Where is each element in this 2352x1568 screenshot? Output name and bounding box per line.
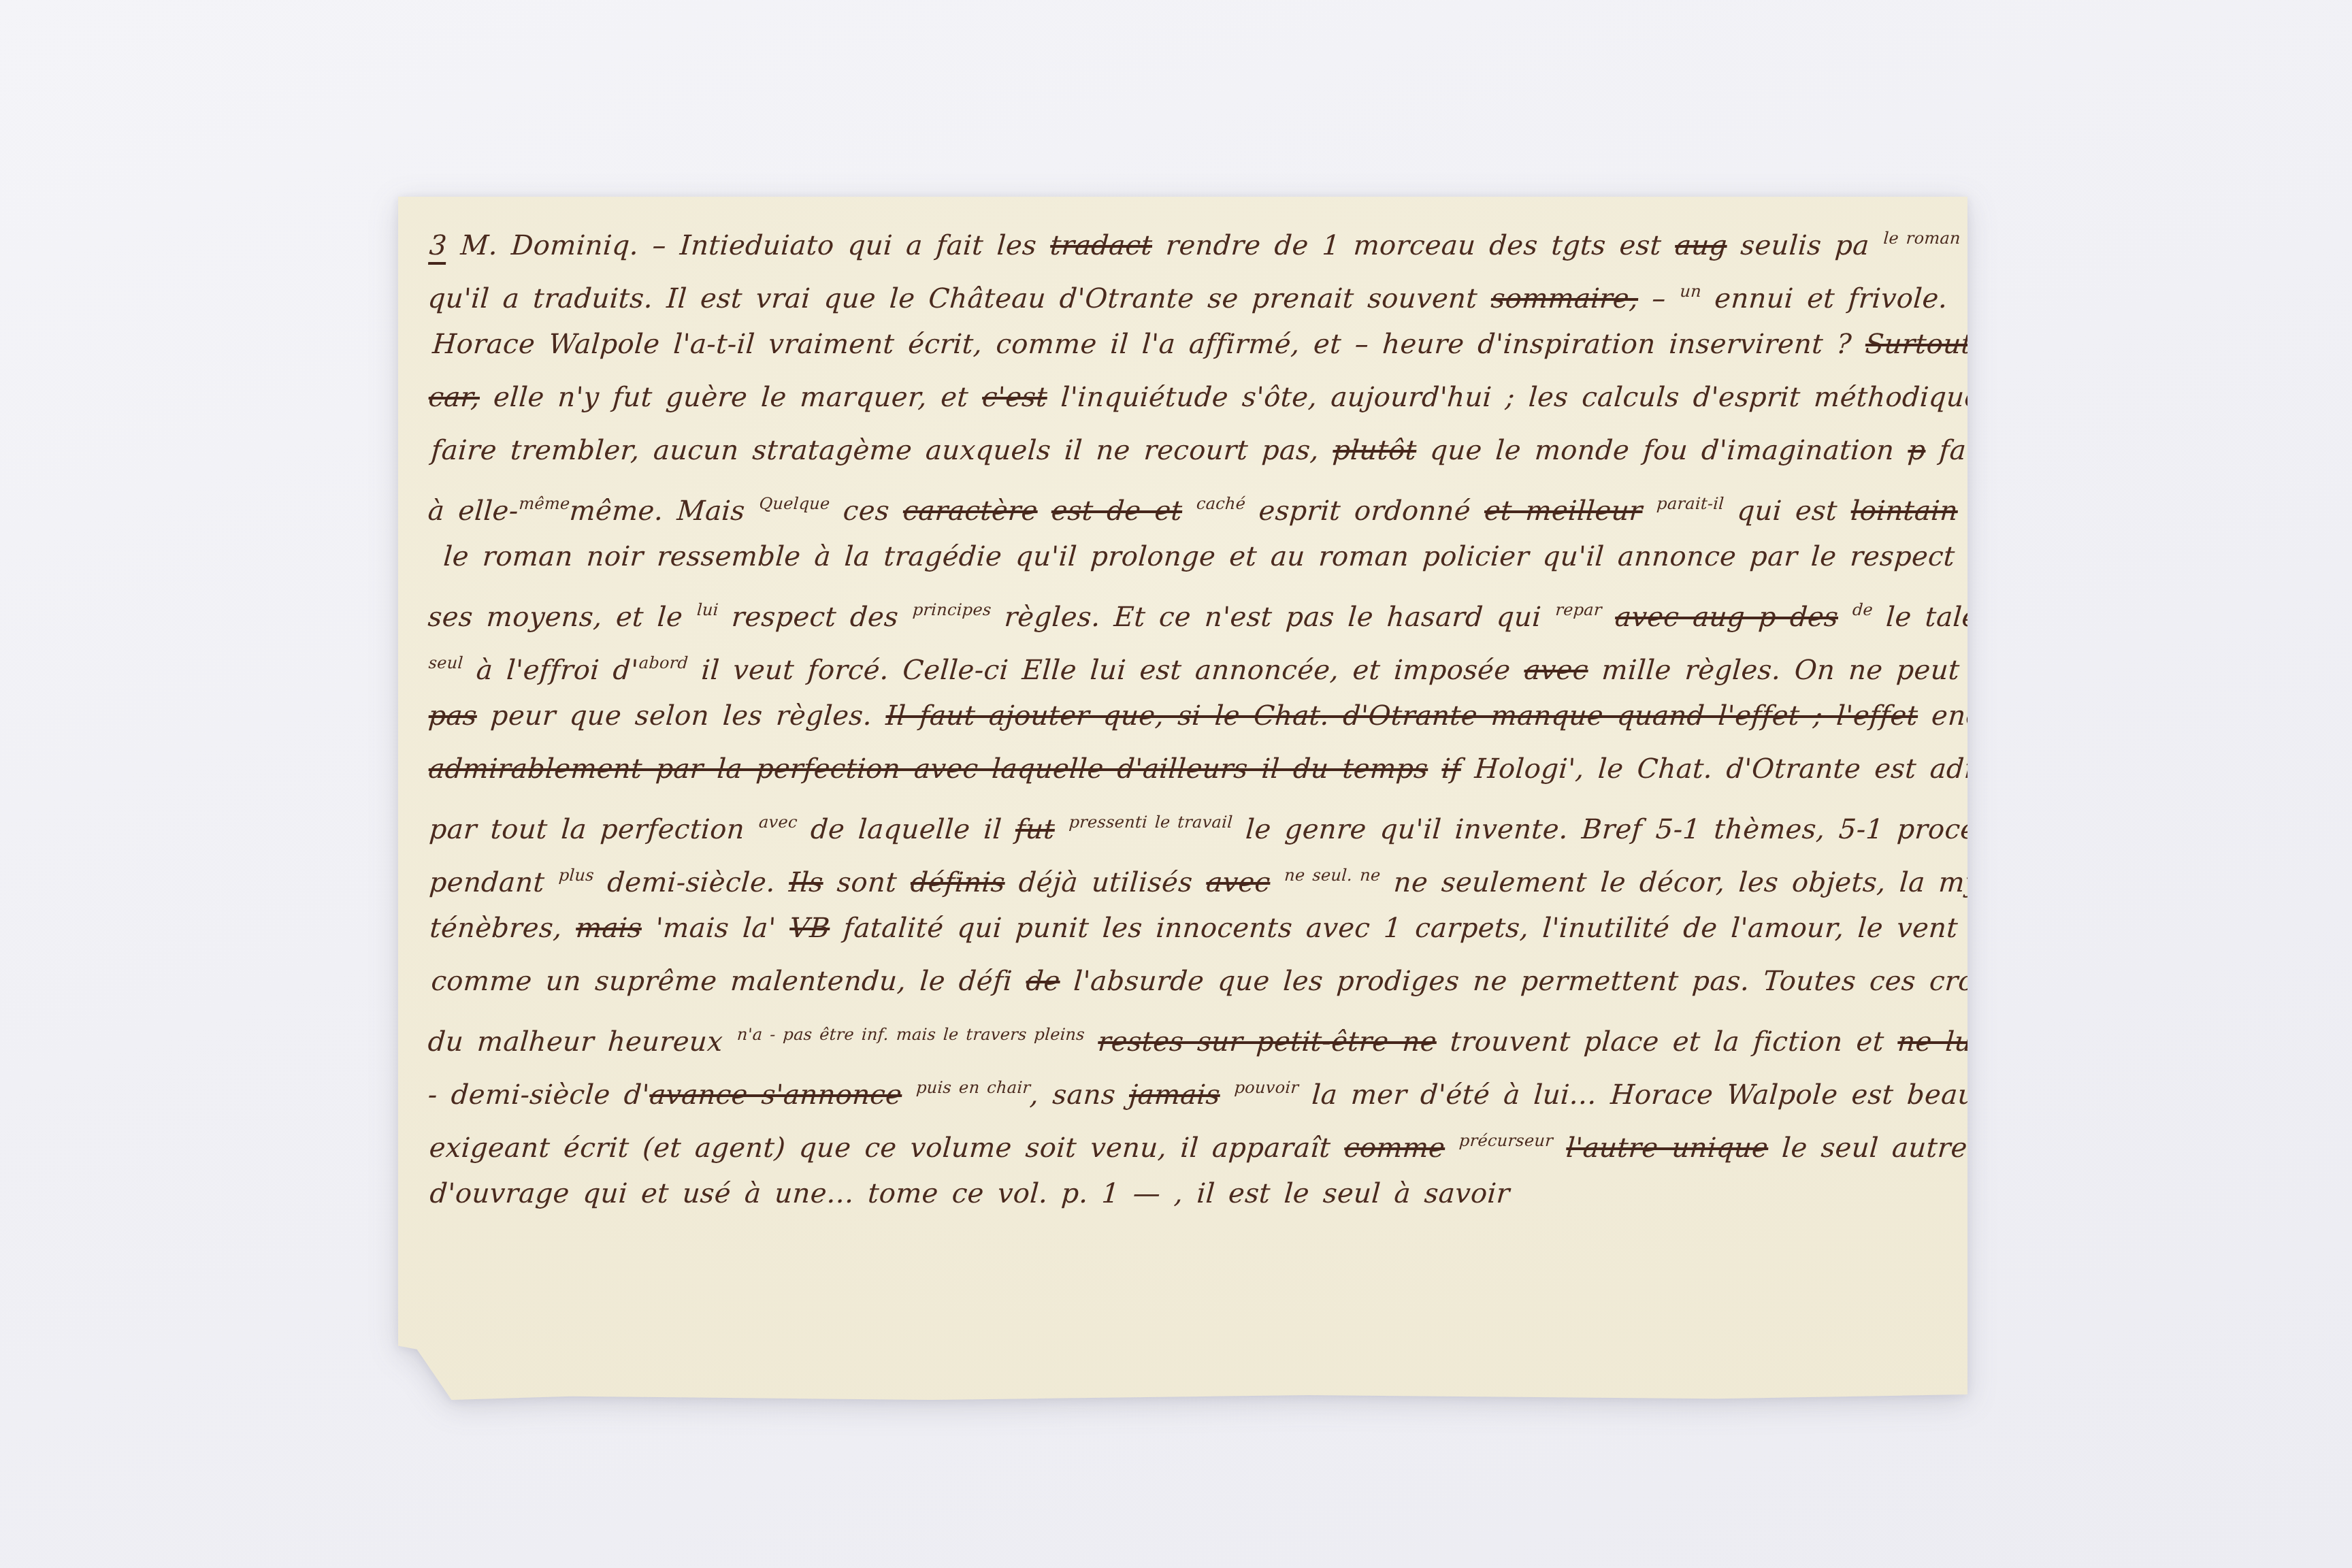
text-segment: seulis pa	[1726, 230, 1884, 261]
text-segment	[1837, 602, 1852, 633]
interline-insertion: principes	[912, 600, 992, 619]
text-segment	[1181, 495, 1197, 527]
interline-insertion: précurseur	[1458, 1131, 1554, 1150]
interline-insertion: parait-il	[1656, 494, 1725, 513]
interline-insertion: abord	[638, 653, 689, 672]
text-segment: règles. Et ce n'est pas le hasard qui	[990, 602, 1556, 633]
manuscript-line: faire trembler, aucun stratagème auxquel…	[427, 424, 1967, 477]
text-segment	[1641, 495, 1657, 527]
text-segment: fatalité qui punit les innocents avec 1 …	[829, 913, 1959, 944]
strikethrough-text: Il faut ajouter que, si le Chat. d'Otran…	[885, 700, 1919, 732]
text-segment: l'idée	[1959, 230, 1967, 261]
text-segment	[901, 1079, 917, 1111]
text-segment: encore	[1917, 700, 1967, 732]
text-segment	[1957, 495, 1967, 527]
text-segment: ses moyens, et le	[427, 602, 698, 633]
strikethrough-text: VB	[789, 913, 831, 944]
strikethrough-text: jamais	[1128, 1079, 1221, 1111]
text-segment: le seul autre et meilleur	[1767, 1132, 1967, 1164]
interline-insertion: n'a - pas être inf. mais le travers plei…	[736, 1025, 1085, 1044]
text-segment: ténèbres,	[429, 913, 577, 944]
manuscript-line: le roman noir ressemble à la tragédie qu…	[427, 530, 1967, 583]
strikethrough-text: car,	[427, 382, 481, 413]
page-number: 3	[428, 230, 448, 265]
manuscript-line: d'ouvrage qui et usé à une… tome ce vol.…	[427, 1167, 1967, 1220]
interline-insertion: avec	[758, 813, 798, 832]
strikethrough-text: avance s'annonce	[649, 1079, 903, 1111]
text-segment: l'absurde que les prodiges ne permettent…	[1059, 966, 1967, 997]
text-segment: trouvent place et la fiction et	[1435, 1026, 1899, 1058]
text-segment: rendre de 1 morceau des tgts est	[1151, 230, 1676, 261]
interline-insertion: lui	[696, 600, 719, 619]
text-segment: ne seulement le décor, les objets, la my…	[1379, 867, 1967, 898]
text-segment: que le monde fou d'imagination	[1416, 435, 1909, 466]
strikethrough-text: ne lui	[1897, 1026, 1967, 1058]
strikethrough-text: caractère	[902, 495, 1039, 527]
interline-insertion: ne seul. ne	[1284, 866, 1381, 885]
text-segment: Hologi', le Chat. d'Otrante est admirabl…	[1460, 753, 1967, 785]
strikethrough-text: définis	[909, 867, 1006, 898]
text-segment: du malheur heureux	[427, 1026, 738, 1058]
interline-insertion: caché	[1196, 494, 1246, 513]
text-segment: 'mais la'	[640, 913, 790, 944]
text-segment: de laquelle il	[796, 814, 1016, 845]
strikethrough-text: c'est	[981, 382, 1048, 413]
strikethrough-text: Surtout	[1864, 329, 1967, 360]
manuscript-line: seul à l'effroi d'abord il veut forcé. C…	[427, 636, 1967, 689]
manuscript-text: 3 M. Dominiq. – Intieduiato qui a fait l…	[427, 212, 1963, 1220]
photo-background: { "document": { "kind_label": "handwritt…	[0, 0, 2352, 1568]
manuscript-line: du malheur heureux n'a - pas être inf. m…	[427, 1008, 1967, 1061]
strikethrough-text: comme	[1343, 1132, 1446, 1164]
text-segment: mille règles. On ne peut avoir	[1587, 655, 1967, 686]
manuscript-line: pas peur que selon les règles. Il faut a…	[427, 689, 1967, 742]
strikethrough-text: plutôt	[1332, 435, 1418, 466]
text-segment: ces	[828, 495, 904, 527]
text-segment: la mer d'été à lui… Horace Walpole est b…	[1297, 1079, 1967, 1111]
interline-insertion: même	[519, 494, 571, 513]
text-segment: le roman noir ressemble à la tragédie qu…	[442, 541, 1967, 572]
strikethrough-text: et meilleur	[1483, 495, 1644, 527]
manuscript-paper-shadow: 3 M. Dominiq. – Intieduiato qui a fait l…	[398, 197, 1967, 1400]
text-segment: par tout la perfection	[428, 814, 759, 845]
strikethrough-text: de	[1025, 966, 1061, 997]
strikethrough-text: aug	[1674, 230, 1729, 261]
text-segment: , sans	[1029, 1079, 1130, 1111]
strikethrough-text: avec	[1523, 655, 1589, 686]
text-segment	[1053, 814, 1069, 845]
interline-insertion: puis en chair	[915, 1078, 1031, 1097]
text-segment	[1269, 867, 1285, 898]
manuscript-line: pendant plus demi-siècle. Ils sont défin…	[427, 849, 1967, 902]
strikethrough-text: avec aug p des	[1614, 602, 1840, 633]
text-segment: demi-siècle.	[593, 867, 790, 898]
manuscript-line: Horace Walpole l'a-t-il vraiment écrit, …	[427, 318, 1967, 371]
text-segment: le talent	[1872, 602, 1967, 633]
interline-insertion: plus	[558, 866, 595, 885]
interline-insertion: seul	[428, 653, 464, 672]
text-segment: comme un suprême malentendu, le défi	[430, 966, 1027, 997]
strikethrough-text: lointain	[1850, 495, 1959, 527]
text-segment: fantasmé	[1925, 435, 1967, 466]
strikethrough-text: mais	[575, 913, 643, 944]
manuscript-line: qu'il a traduits. Il est vrai que le Châ…	[427, 265, 1967, 318]
text-segment: Horace Walpole l'a-t-il vraiment écrit, …	[431, 329, 1866, 360]
interline-insertion: Quelque	[759, 494, 831, 513]
text-segment: pendant	[428, 867, 559, 898]
manuscript-line: ses moyens, et le lui respect des princi…	[427, 583, 1967, 636]
text-segment: respect des	[717, 602, 913, 633]
strikethrough-text: fut	[1014, 814, 1056, 845]
manuscript-line: 3 M. Dominiq. – Intieduiato qui a fait l…	[427, 212, 1967, 265]
text-segment: elle n'y fut guère le marquer, et	[478, 382, 983, 413]
text-segment: qu'il a traduits. Il est vrai que le Châ…	[427, 283, 1492, 314]
text-segment: exigeant écrit (et agent) que ce volume …	[428, 1132, 1345, 1164]
text-segment	[1444, 1132, 1460, 1164]
strikethrough-text: sommaire,	[1490, 283, 1639, 314]
text-segment: l'inquiétude s'ôte, aujourd'hui ; les ca…	[1046, 382, 1967, 413]
text-segment: il veut forcé. Celle-ci Elle lui est ann…	[687, 655, 1525, 686]
strikethrough-text: Ils	[788, 867, 825, 898]
text-segment: qui est	[1722, 495, 1852, 527]
interline-insertion: un	[1680, 282, 1702, 301]
text-segment	[1219, 1079, 1235, 1111]
interline-insertion: le roman	[1883, 229, 1961, 248]
text-segment: M. Dominiq. – Intieduiato qui a fait les	[446, 230, 1051, 261]
strikethrough-text: p	[1907, 435, 1927, 466]
strikethrough-text: if	[1441, 753, 1463, 785]
manuscript-line: à elle-mêmemême. Mais Quelque ces caract…	[427, 477, 1967, 530]
text-segment: ennui et frivole.	[1700, 283, 1949, 314]
interline-insertion: pouvoir	[1234, 1078, 1299, 1097]
text-segment: déjà utilisés	[1004, 867, 1207, 898]
manuscript-paper: 3 M. Dominiq. – Intieduiato qui a fait l…	[398, 197, 1967, 1400]
strikethrough-text: est de et	[1050, 495, 1183, 527]
text-segment: peur que selon les règles.	[476, 700, 887, 732]
strikethrough-text: tradact	[1049, 230, 1154, 261]
manuscript-line: exigeant écrit (et agent) que ce volume …	[427, 1114, 1967, 1167]
text-segment: à elle-	[427, 495, 519, 527]
strikethrough-text: avec	[1205, 867, 1271, 898]
interline-insertion: repar	[1555, 600, 1603, 619]
manuscript-line: ténèbres, mais 'mais la' VB fatalité qui…	[427, 902, 1967, 955]
strikethrough-text: l'autre unique	[1565, 1132, 1769, 1164]
manuscript-line: comme un suprême malentendu, le défi de …	[427, 955, 1967, 1008]
text-segment: le genre qu'il invente. Bref 5-1 thèmes,…	[1231, 814, 1967, 845]
text-segment: même. Mais	[568, 495, 759, 527]
text-segment: sont	[822, 867, 911, 898]
strikethrough-text: pas	[427, 700, 478, 732]
manuscript-line: car, elle n'y fut guère le marquer, et c…	[427, 371, 1967, 424]
interline-insertion: pressenti le travail	[1068, 813, 1233, 832]
text-segment: d'ouvrage qui et usé à une… tome ce vol.…	[429, 1178, 1511, 1209]
strikethrough-text: restes sur petit-être ne	[1097, 1026, 1438, 1058]
text-segment: faire trembler, aucun stratagème auxquel…	[430, 435, 1334, 466]
interline-insertion: de	[1852, 600, 1874, 619]
text-segment: à l'effroi d'	[461, 655, 639, 686]
manuscript-line: admirablement par la perfection avec laq…	[427, 742, 1967, 796]
manuscript-line: - demi-siècle d'avance s'annonce puis en…	[427, 1061, 1967, 1114]
manuscript-line: par tout la perfection avec de laquelle …	[427, 796, 1967, 849]
text-segment: –	[1637, 283, 1681, 314]
strikethrough-text: admirablement par la perfection avec laq…	[427, 753, 1429, 785]
text-segment: - demi-siècle d'	[427, 1079, 651, 1111]
text-segment: esprit ordonné	[1244, 495, 1486, 527]
